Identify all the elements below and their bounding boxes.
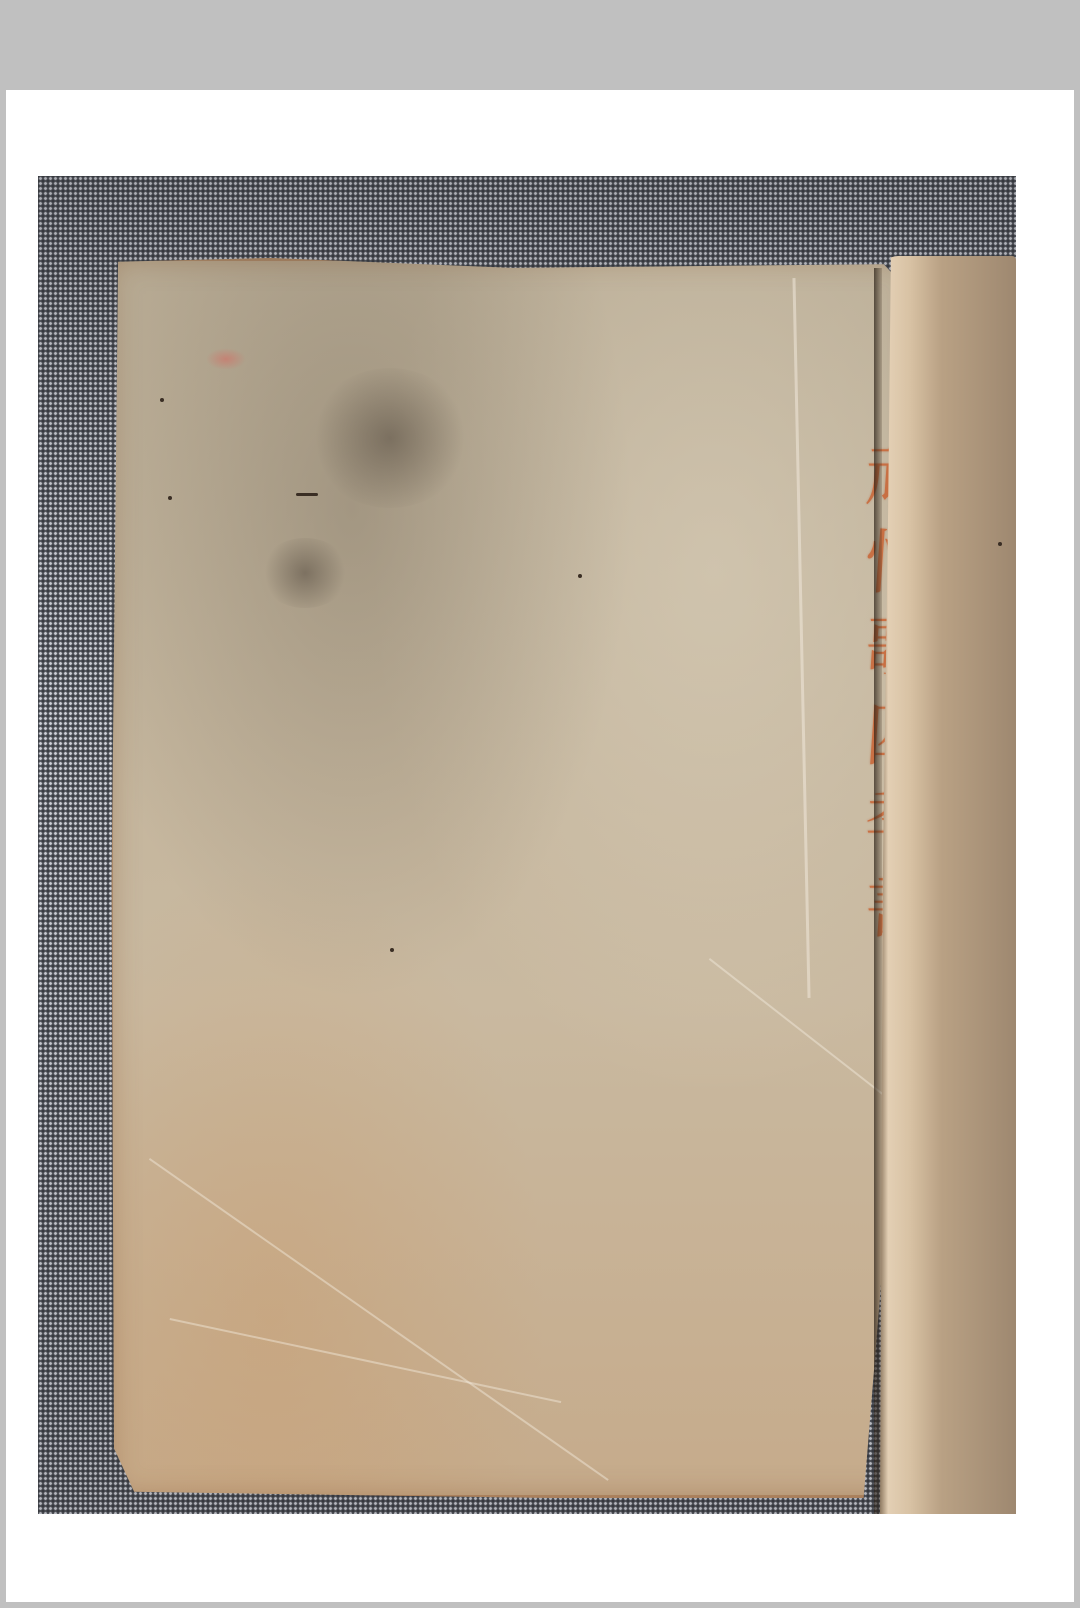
manuscript-photo: 頑 情 歌 四 季 書 xyxy=(38,176,1016,1514)
document-page: 頑 情 歌 四 季 書 xyxy=(6,90,1074,1602)
paper-stain xyxy=(310,368,470,508)
paper-speck xyxy=(168,496,172,500)
paper-speck xyxy=(390,948,394,952)
paper-speck xyxy=(998,542,1002,546)
paper-stain xyxy=(260,538,350,608)
paper-speck xyxy=(578,574,582,578)
paper-speck xyxy=(160,398,164,402)
paper-speck xyxy=(296,493,318,496)
page-gap-shadow xyxy=(874,268,882,1514)
next-page-curl xyxy=(880,256,1016,1514)
manuscript-cover: 頑 情 歌 四 季 書 xyxy=(110,258,916,1498)
red-stain-mark xyxy=(206,348,246,370)
